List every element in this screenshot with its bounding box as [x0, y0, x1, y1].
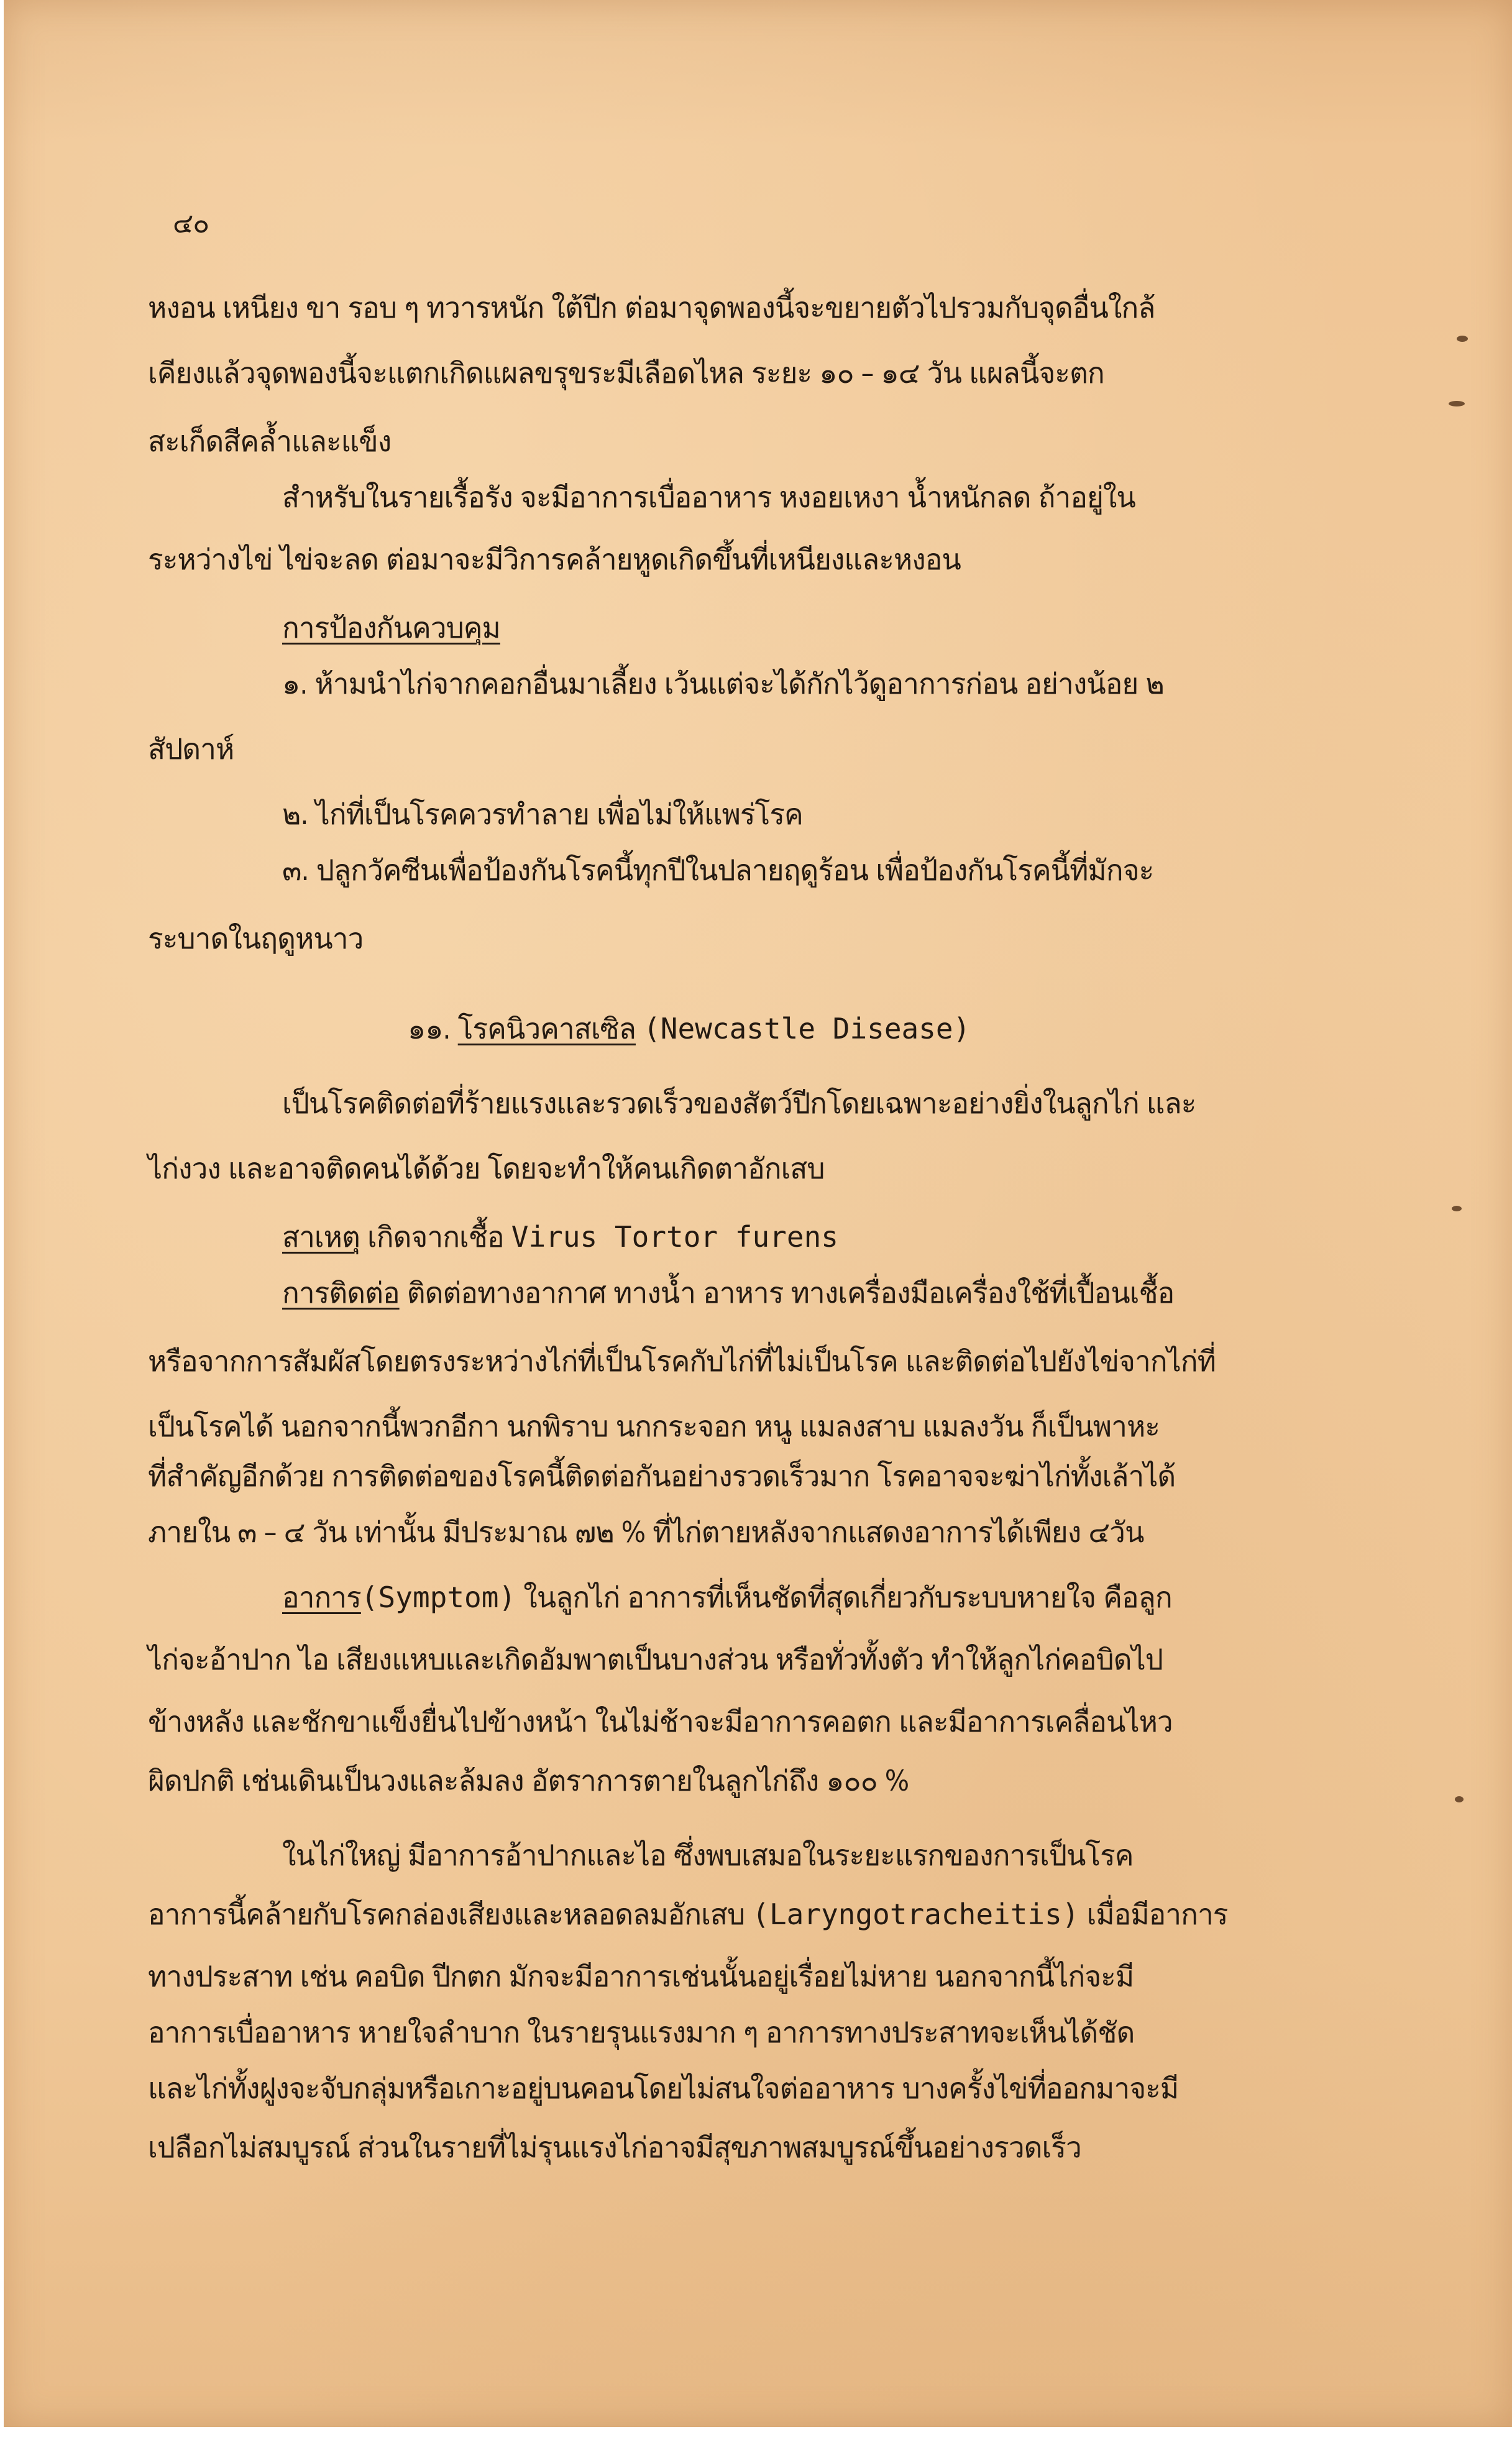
ink-stain — [1455, 1796, 1464, 1802]
body-line: ระหว่างไข่ ไข่จะลด ต่อมาจะมีวิการคล้ายหู… — [148, 541, 961, 578]
cause-line: สาเหตุ เกิดจากเชื้อ Virus Tortor furens — [282, 1218, 838, 1255]
section-title-english: (Newcastle Disease) — [643, 1012, 970, 1045]
transmission-line: การติดต่อ ติดต่อทางอากาศ ทางน้ำ อาหาร ทา… — [282, 1274, 1174, 1311]
intro-line: ไก่งวง และอาจติดคนได้ด้วย โดยจะทำให้คนเก… — [148, 1150, 825, 1187]
body-line: หงอน เหนียง ขา รอบ ๆ ทวารหนัก ใต้ปีก ต่อ… — [148, 289, 1155, 326]
transmission-cont: เป็นโรคได้ นอกจากนี้พวกอีกา นกพิราบ นกกร… — [148, 1408, 1160, 1445]
intro-line: เป็นโรคติดต่อที่ร้ายแรงและรวดเร็วของสัตว… — [282, 1085, 1196, 1122]
adult-line: ในไก่ใหญ่ มีอาการอ้าปากและไอ ซึ่งพบเสมอใ… — [282, 1837, 1134, 1874]
transmission-text: ติดต่อทางอากาศ ทางน้ำ อาหาร ทางเครื่องมื… — [407, 1276, 1175, 1310]
adult-line-2: อาการนี้คล้ายกับโรคกล่องเสียงและหลอดลมอั… — [148, 1896, 1227, 1933]
prevention-item-1: ๑. ห้ามนำไก่จากคอกอื่นมาเลี้ยง เว้นแต่จะ… — [282, 665, 1164, 702]
ink-stain — [1457, 336, 1468, 342]
paragraph-chronic-first-line: สำหรับในรายเรื้อรัง จะมีอาการเบื่ออาหาร … — [282, 479, 1135, 516]
prevention-item-2: ๒. ไก่ที่เป็นโรคควรทำลาย เพื่อไม่ให้แพร่… — [282, 796, 803, 833]
cause-text: เกิดจากเชื้อ — [367, 1220, 504, 1254]
transmission-cont: ภายใน ๓ – ๔ วัน เท่านั้น มีประมาณ ๗๒ % ท… — [148, 1513, 1143, 1551]
adult-cont: และไก่ทั้งฝูงจะจับกลุ่มหรือเกาะอยู่บนคอน… — [148, 2070, 1178, 2107]
ink-stain — [1452, 1206, 1462, 1211]
prevention-heading: การป้องกันควบคุม — [282, 609, 500, 646]
adult-line-2-thai: อาการนี้คล้ายกับโรคกล่องเสียงและหลอดลมอั… — [148, 1898, 745, 1931]
body-line: เคียงแล้วจุดพองนี้จะแตกเกิดแผลขรุขระมีเล… — [148, 354, 1104, 392]
section-heading: ๑๑. โรคนิวคาสเซิล (Newcastle Disease) — [408, 1010, 970, 1047]
section-number: ๑๑. — [408, 1012, 451, 1045]
symptom-text: ในลูกไก่ อาการที่เห็นชัดที่สุดเกี่ยวกับร… — [523, 1581, 1171, 1614]
virus-name: Virus Tortor furens — [511, 1220, 838, 1254]
section-title-thai: โรคนิวคาสเซิล — [458, 1012, 636, 1045]
prevention-item-1-cont: สัปดาห์ — [148, 730, 234, 768]
transmission-cont: หรือจากการสัมผัสโดยตรงระหว่างไก่ที่เป็นโ… — [148, 1342, 1216, 1380]
symptom-cont: ไก่จะอ้าปาก ไอ เสียงแหบและเกิดอัมพาตเป็น… — [148, 1641, 1163, 1678]
symptom-line: อาการ(Symptom) ในลูกไก่ อาการที่เห็นชัดท… — [282, 1579, 1172, 1616]
symptom-label-english: (Symptom) — [361, 1581, 516, 1614]
symptom-label: อาการ — [282, 1581, 361, 1614]
adult-line-2-tail: เมื่อมีอาการ — [1087, 1898, 1228, 1931]
prevention-item-3-cont: ระบาดในฤดูหนาว — [148, 920, 363, 957]
transmission-cont: ที่สำคัญอีกด้วย การติดต่อของโรคนี้ติดต่อ… — [148, 1457, 1175, 1495]
transmission-label: การติดต่อ — [282, 1276, 400, 1310]
ink-stain — [1449, 401, 1465, 406]
adult-cont: อาการเบื่ออาหาร หายใจลำบาก ในรายรุนแรงมา… — [148, 2014, 1134, 2051]
symptom-cont: ข้างหลัง และชักขาแข็งยื่นไปข้างหน้า ในไม… — [148, 1703, 1173, 1740]
adult-cont: เปลือกไม่สมบูรณ์ ส่วนในรายที่ไม่รุนแรงไก… — [148, 2129, 1081, 2166]
prevention-item-3: ๓. ปลูกวัคซีนเพื่อป้องกันโรคนี้ทุกปีในปล… — [282, 851, 1153, 889]
adult-cont: ทางประสาท เช่น คอบิด ปีกตก มักจะมีอาการเ… — [148, 1958, 1134, 1995]
body-line: สะเก็ดสีคล้ำและแข็ง — [148, 423, 391, 460]
page-number: ๔๐ — [173, 205, 209, 242]
scanned-paper-page: ๔๐ หงอน เหนียง ขา รอบ ๆ ทวารหนัก ใต้ปีก … — [4, 0, 1512, 2427]
cause-label: สาเหตุ — [282, 1220, 360, 1254]
symptom-cont: ผิดปกติ เช่นเดินเป็นวงและล้มลง อัตราการต… — [148, 1762, 909, 1799]
laryngotracheitis-term: (Laryngotracheitis) — [752, 1898, 1079, 1931]
